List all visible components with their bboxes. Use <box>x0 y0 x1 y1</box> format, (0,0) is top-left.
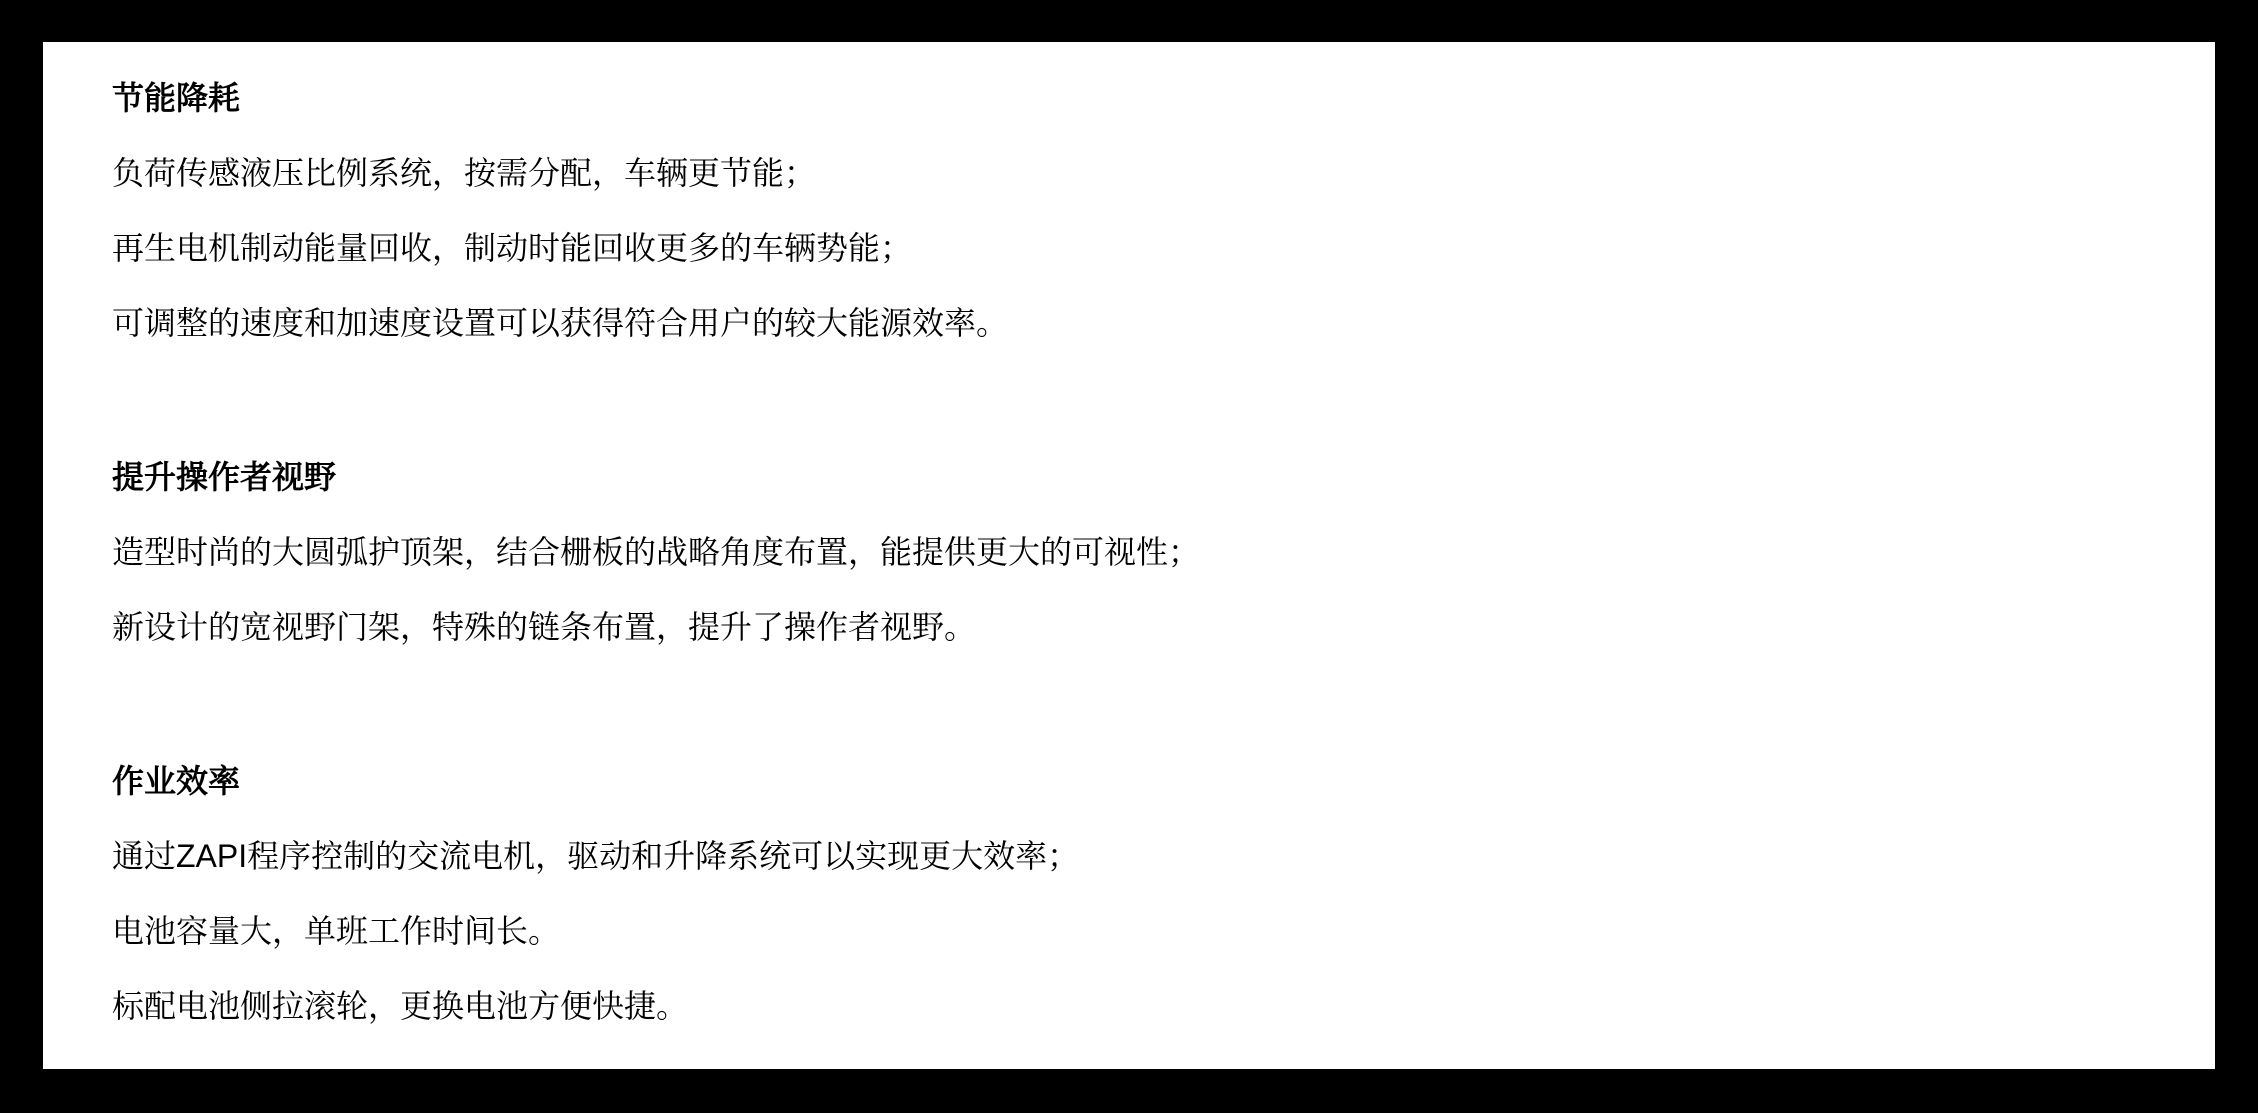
section-heading: 作业效率 <box>112 757 2175 805</box>
paragraph: 电池容量大，单班工作时间长。 <box>112 907 2175 955</box>
paragraph: 通过ZAPI程序控制的交流电机，驱动和升降系统可以实现更大效率； <box>112 832 2175 880</box>
paragraph: 标配电池侧拉滚轮，更换电池方便快捷。 <box>112 982 2175 1030</box>
section-work-efficiency: 作业效率 通过ZAPI程序控制的交流电机，驱动和升降系统可以实现更大效率； 电池… <box>112 757 2175 1030</box>
page-background: { "page": { "colors": { "background": "#… <box>0 0 2258 1113</box>
paragraph: 造型时尚的大圆弧护顶架，结合栅板的战略角度布置，能提供更大的可视性； <box>112 528 2175 576</box>
paragraph: 再生电机制动能量回收，制动时能回收更多的车辆势能； <box>112 224 2175 272</box>
section-operator-visibility: 提升操作者视野 造型时尚的大圆弧护顶架，结合栅板的战略角度布置，能提供更大的可视… <box>112 453 2175 651</box>
section-energy-saving: 节能降耗 负荷传感液压比例系统，按需分配，车辆更节能； 再生电机制动能量回收，制… <box>112 74 2175 347</box>
feature-text-document: 节能降耗 负荷传感液压比例系统，按需分配，车辆更节能； 再生电机制动能量回收，制… <box>43 42 2215 1030</box>
content-surface: 节能降耗 负荷传感液压比例系统，按需分配，车辆更节能； 再生电机制动能量回收，制… <box>43 42 2215 1069</box>
section-heading: 节能降耗 <box>112 74 2175 122</box>
section-heading: 提升操作者视野 <box>112 453 2175 501</box>
paragraph: 负荷传感液压比例系统，按需分配，车辆更节能； <box>112 149 2175 197</box>
paragraph: 新设计的宽视野门架，特殊的链条布置，提升了操作者视野。 <box>112 603 2175 651</box>
paragraph: 可调整的速度和加速度设置可以获得符合用户的较大能源效率。 <box>112 299 2175 347</box>
